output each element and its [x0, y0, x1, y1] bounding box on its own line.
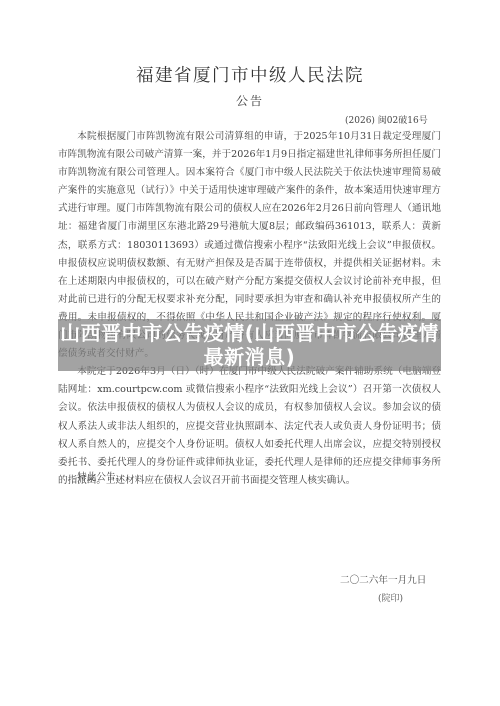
issue-date: 二〇二六年一月九日: [340, 572, 426, 586]
case-number: (2026) 闽02破16号: [345, 113, 428, 126]
notice-title: 公告: [0, 92, 500, 109]
overlay-title: 山西晋中市公告疫情(山西晋中市公告疫情最新消息): [58, 321, 441, 369]
notice-body: 本院根据厦门市阵凯物流有限公司清算组的申请，于2025年10月31日裁定受理厦门…: [58, 128, 441, 490]
court-seal: (院印): [378, 591, 403, 604]
court-notice-document: 福建省厦门市中级人民法院 公告 (2026) 闽02破16号 本院根据厦门市阵凯…: [0, 0, 500, 706]
court-name: 福建省厦门市中级人民法院: [0, 62, 500, 87]
closing-text: 特此公告。: [58, 469, 258, 483]
